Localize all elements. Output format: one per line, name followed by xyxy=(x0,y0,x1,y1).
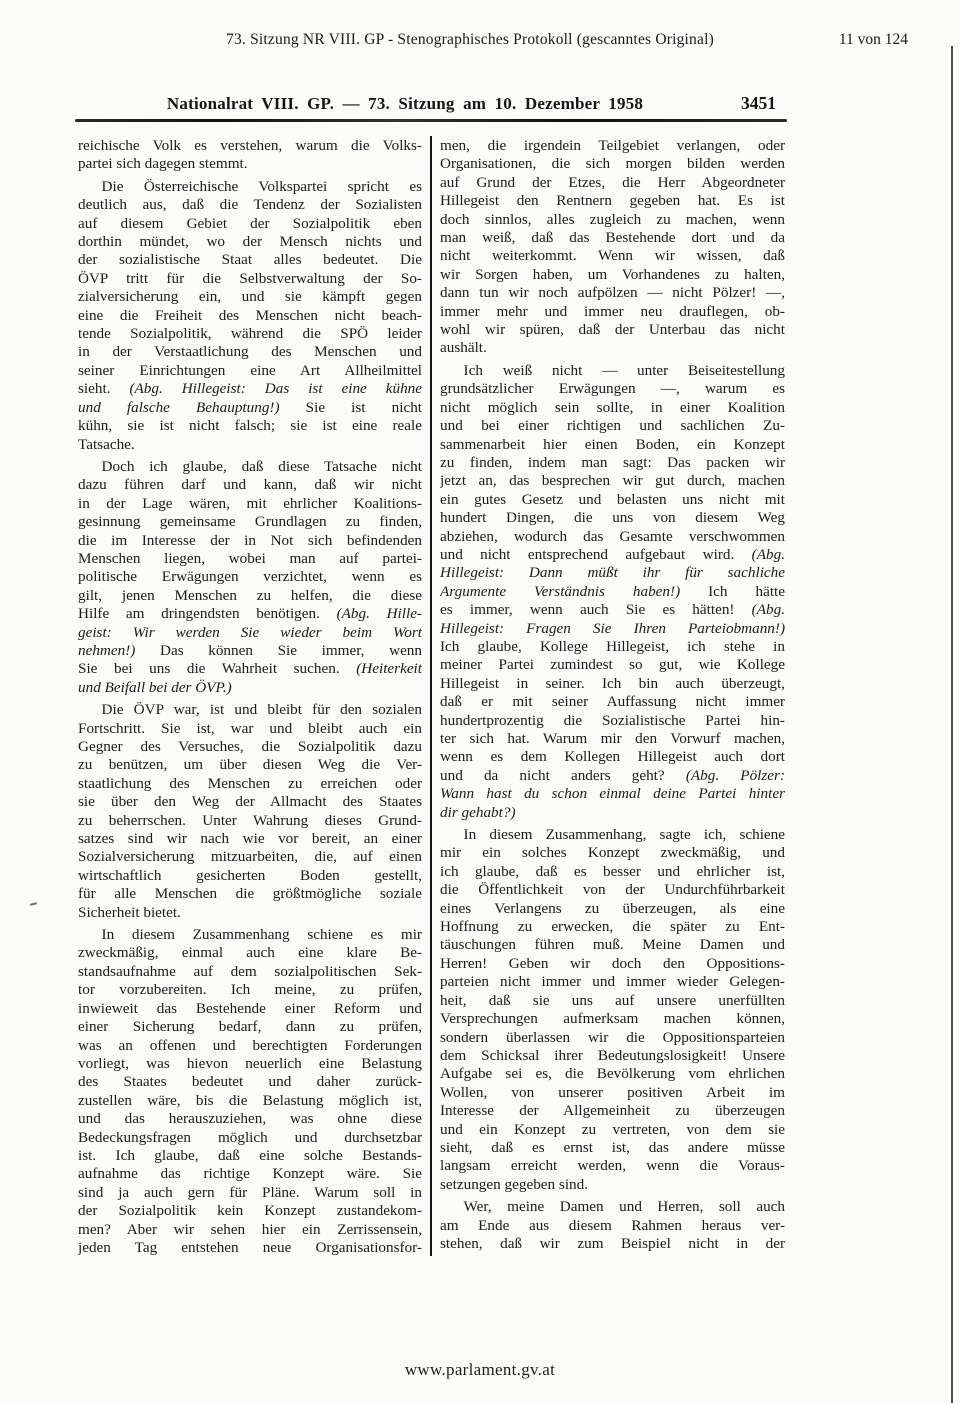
speech-text: staatlichung des Menschen zu erreichen o… xyxy=(78,775,422,792)
speech-text: Bedeckungsfragen möglich und durchsetzba… xyxy=(78,1129,422,1146)
speech-text: dem Schicksal ihrer Bedeutungslosigkeit!… xyxy=(440,1047,785,1064)
text-line: hundert Dingen, die uns von diesem Weg xyxy=(440,509,785,527)
speech-text: parteien nicht immer und immer wieder Ge… xyxy=(440,973,785,990)
text-line: und da nicht anders geht? (Abg. Pölzer: xyxy=(440,767,785,785)
text-line: ist. Ich glaube, daß eine solche Bestand… xyxy=(78,1147,422,1165)
speech-text: und da nicht anders geht? xyxy=(440,767,686,784)
text-line: Die ÖVP war, ist und bleibt für den sozi… xyxy=(78,701,422,719)
text-line: standsaufnahme auf dem sozialpolitischen… xyxy=(78,963,422,981)
text-line: auf Grund der Etzes, die Herr Abgeordnet… xyxy=(440,174,785,192)
speech-text: hundertprozentig die Sozialistische Part… xyxy=(440,712,785,729)
text-line: zu finden, indem man sagt: Das packen wi… xyxy=(440,454,785,472)
text-line: es immer, wenn auch Sie es hätten! (Abg. xyxy=(440,601,785,619)
text-line: der Sozialpolitik kein Konzept zustandek… xyxy=(78,1202,422,1220)
speech-text: In diesem Zusammenhang, sagte ich, schie… xyxy=(464,826,785,843)
speech-text: für alle Menschen die größtmögliche sozi… xyxy=(78,885,422,902)
speech-text: zu beherrschen. Unter Wahrung dieses Gru… xyxy=(78,812,422,829)
text-line: ein gutes Gesetz und belasten uns nicht … xyxy=(440,491,785,509)
speech-text: jetzt an, das besprechen wir gut durch, … xyxy=(440,472,785,489)
text-line: reichische Volk es verstehen, warum die … xyxy=(78,137,422,155)
text-line: zustellen wäre, bis die Belastung möglic… xyxy=(78,1092,422,1110)
speech-text: Tatsache. xyxy=(78,436,135,453)
text-line: am Ende aus diesem Rahmen heraus ver- xyxy=(440,1217,785,1235)
text-column-left: reichische Volk es verstehen, warum die … xyxy=(78,137,422,1257)
text-line: jeden Tag entstehen neue Organisationsfo… xyxy=(78,1239,422,1257)
speech-text: und ein Konzept zu vertreten, von dem si… xyxy=(440,1121,785,1138)
text-line: die im Interesse der in Not sich befinde… xyxy=(78,532,422,550)
interjection-text: Hillegeist: Dann müßt ihr für sachliche xyxy=(440,564,785,581)
text-line: Hilfe am dringendsten benötigen. (Abg. H… xyxy=(78,605,422,623)
text-line: sieht. (Abg. Hillegeist: Das ist eine kü… xyxy=(78,380,422,398)
paragraph: Die Österreichische Volkspartei spricht … xyxy=(78,178,422,454)
interjection-text: Argumente Verständnis haben!) xyxy=(440,583,680,600)
text-line: ich glaube, daß es besser und ehrlicher … xyxy=(440,863,785,881)
speech-text: grundsätzlicher Erwägungen —, warum es xyxy=(440,380,785,397)
text-line: Interesse der Allgemeinheit zu überzeuge… xyxy=(440,1102,785,1120)
text-line: und falsche Behauptung!) Sie ist nicht xyxy=(78,399,422,417)
speech-text: deutlich aus, daß die Tendenz der Sozial… xyxy=(78,196,422,213)
speech-text: am Ende aus diesem Rahmen heraus ver- xyxy=(440,1217,785,1234)
speech-text: täuschungen führen muß. Meine Damen und xyxy=(440,936,785,953)
text-line: Gegner des Versuches, die Sozialpolitik … xyxy=(78,738,422,756)
speech-text: zu benützen, um über diesen Weg die Ver- xyxy=(78,756,422,773)
text-line: vorliegt, was hievon neuerlich eine Bela… xyxy=(78,1055,422,1073)
text-line: men? Aber wir sehen hier ein Zerrissense… xyxy=(78,1221,422,1239)
speech-text: immer mehr und immer neu drauflegen, ob- xyxy=(440,303,785,320)
text-line: zu benützen, um über diesen Weg die Ver- xyxy=(78,756,422,774)
text-line: Ich glaube, Kollege Hillegeist, ich steh… xyxy=(440,638,785,656)
speech-text: Hoffnung zu erwecken, die später zu Ent- xyxy=(440,918,785,935)
text-line: nicht möglich sein sollte, in einer Koal… xyxy=(440,399,785,417)
text-line: staatlichung des Menschen zu erreichen o… xyxy=(78,775,422,793)
interjection-text: dir gehabt?) xyxy=(440,804,516,821)
speech-text: Menschen liegen, wobei man auf partei- xyxy=(78,550,422,567)
column-divider xyxy=(430,136,432,1256)
text-line: sie über den Weg der Allmacht des Staate… xyxy=(78,793,422,811)
printed-page-number: 3451 xyxy=(741,93,776,114)
speech-text: die im Interesse der in Not sich befinde… xyxy=(78,532,422,549)
speech-text: meiner Partei zumindest so gut, wie Koll… xyxy=(440,656,785,673)
speech-text: zustellen wäre, bis die Belastung möglic… xyxy=(78,1092,422,1109)
text-line: eine die Freiheit des Menschen nicht bea… xyxy=(78,307,422,325)
speech-text: ist. Ich glaube, daß eine solche Bestand… xyxy=(78,1147,422,1164)
text-line: nehmen!) Das können Sie immer, wenn xyxy=(78,642,422,660)
speech-text: reichische Volk es verstehen, warum die … xyxy=(78,137,422,154)
paragraph: men, die irgendein Teilgebiet verlangen,… xyxy=(440,137,785,358)
speech-text: sondern überlassen wir die Oppositionspa… xyxy=(440,1029,785,1046)
text-line: kühn, sie ist nicht falsch; sie ist eine… xyxy=(78,417,422,435)
speech-text: in der Lage wären, mit ehrlicher Koaliti… xyxy=(78,495,422,512)
scan-speck-artifact xyxy=(30,902,37,906)
interjection-text: Hillegeist: Fragen Sie Ihren Parteiobman… xyxy=(440,620,785,637)
text-line: Bedeckungsfragen möglich und durchsetzba… xyxy=(78,1129,422,1147)
text-line: Ich weiß nicht — unter Beiseitestellung xyxy=(440,362,785,380)
speech-text: eine die Freiheit des Menschen nicht bea… xyxy=(78,307,422,324)
text-line: und das herauszuziehen, was ohne diese xyxy=(78,1110,422,1128)
speech-text: und das herauszuziehen, was ohne diese xyxy=(78,1110,422,1127)
text-line: Wer, meine Damen und Herren, soll auch xyxy=(440,1198,785,1216)
text-line: dorthin mündet, wo der Mensch nichts und xyxy=(78,233,422,251)
text-line: Hillegeist: Fragen Sie Ihren Parteiobman… xyxy=(440,620,785,638)
speech-text: langsam erreicht werden, wenn die Voraus… xyxy=(440,1157,785,1174)
text-line: nicht weiterkommt. Wenn wir wissen, daß xyxy=(440,247,785,265)
speech-text: men, die irgendein Teilgebiet verlangen,… xyxy=(440,137,785,154)
speech-text: jeden Tag entstehen neue Organisationsfo… xyxy=(78,1239,422,1256)
speech-text: zialversicherung ein, und sie kämpft geg… xyxy=(78,288,422,305)
speech-text: es immer, wenn auch Sie es hätten! xyxy=(440,601,752,618)
text-line: Sie bei uns die Wahrheit suchen. (Heiter… xyxy=(78,660,422,678)
speech-text: sammenarbeit hier einen Boden, ein Konze… xyxy=(440,436,785,453)
paragraph: Wer, meine Damen und Herren, soll aucham… xyxy=(440,1198,785,1253)
text-line: Aufgabe sei es, die Bevölkerung vom ehrl… xyxy=(440,1065,785,1083)
interjection-text: und falsche Behauptung!) xyxy=(78,399,280,416)
text-line: dazu führen darf und kann, daß wir nicht xyxy=(78,476,422,494)
interjection-text: (Abg. Hille- xyxy=(337,605,422,622)
text-line: Wollen, von unserer positiven Arbeit im xyxy=(440,1084,785,1102)
text-line: seiner Einrichtungen eine Art Allheilmit… xyxy=(78,362,422,380)
speech-text: sind ja auch gern für Pläne. Warum soll … xyxy=(78,1184,422,1201)
text-line: Sicherheit bietet. xyxy=(78,904,422,922)
footer-url: www.parlament.gv.at xyxy=(0,1360,960,1380)
speech-text: und nicht entsprechend aufgebaut wird. xyxy=(440,546,752,563)
speech-text: politische Erwägungen verzichtet, wenn e… xyxy=(78,568,422,585)
speech-text: nicht möglich sein sollte, in einer Koal… xyxy=(440,399,785,416)
speech-text: satzes sind wir nach wie vor bereit, an … xyxy=(78,830,422,847)
text-line: und Beifall bei der ÖVP.) xyxy=(78,679,422,697)
speech-text: ter sich hat. Warum mir den Vorwurf mach… xyxy=(440,730,785,747)
speech-text: gilt, jenen Menschen zu helfen, die dies… xyxy=(78,587,422,604)
text-line: Argumente Verständnis haben!) Ich hätte xyxy=(440,583,785,601)
speech-text: heit, daß sie uns auf unsere unerfüllten xyxy=(440,992,785,1009)
speech-text: dazu führen darf und kann, daß wir nicht xyxy=(78,476,422,493)
paragraph: Ich weiß nicht — unter Beiseitestellungg… xyxy=(440,362,785,822)
text-line: Die Österreichische Volkspartei spricht … xyxy=(78,178,422,196)
paragraph: reichische Volk es verstehen, warum die … xyxy=(78,137,422,174)
text-line: Tatsache. xyxy=(78,436,422,454)
text-line: immer mehr und immer neu drauflegen, ob- xyxy=(440,303,785,321)
text-line: wirtschaftlich gesicherten Boden gestell… xyxy=(78,867,422,885)
speech-text: was an offenen und berechtigten Forderun… xyxy=(78,1037,422,1054)
speech-text: auf diesem Gebiet der Sozialpolitik eben xyxy=(78,215,422,232)
text-line: auf diesem Gebiet der Sozialpolitik eben xyxy=(78,215,422,233)
speech-text: in der Verstaatlichung des Menschen und xyxy=(78,343,422,360)
speech-text: stehen, daß wir zum Beispiel nicht in de… xyxy=(440,1235,785,1252)
paragraph: In diesem Zusammenhang schiene es mirzwe… xyxy=(78,926,422,1257)
speech-text: inwieweit das Bestehende einer Reform un… xyxy=(78,1000,422,1017)
speech-text: Wollen, von unserer positiven Arbeit im xyxy=(440,1084,785,1101)
text-line: Hoffnung zu erwecken, die später zu Ent- xyxy=(440,918,785,936)
text-line: heit, daß sie uns auf unsere unerfüllten xyxy=(440,992,785,1010)
speech-text: aushält. xyxy=(440,339,487,356)
text-line: jetzt an, das besprechen wir gut durch, … xyxy=(440,472,785,490)
speech-text: ÖVP tritt für die Selbstverwaltung der S… xyxy=(78,270,422,287)
text-line: sondern überlassen wir die Oppositionspa… xyxy=(440,1029,785,1047)
text-line: abziehen, wodurch das Gesamte verschwomm… xyxy=(440,528,785,546)
text-line: Hillegeist: Dann müßt ihr für sachliche xyxy=(440,564,785,582)
interjection-text: (Abg. xyxy=(752,601,785,618)
speech-text: Doch ich glaube, daß diese Tatsache nich… xyxy=(102,458,422,475)
speech-text: daß er mit seiner Auffassung nicht immer xyxy=(440,693,785,710)
speech-text: wir Sorgen haben, um Vorhandenes zu halt… xyxy=(440,266,785,283)
text-line: und ein Konzept zu vertreten, von dem si… xyxy=(440,1121,785,1139)
speech-text: Hilfe am dringendsten benötigen. xyxy=(78,605,337,622)
header-rule xyxy=(75,119,787,122)
text-line: langsam erreicht werden, wenn die Voraus… xyxy=(440,1157,785,1175)
speech-text: Gegner des Versuches, die Sozialpolitik … xyxy=(78,738,422,755)
text-line: deutlich aus, daß die Tendenz der Sozial… xyxy=(78,196,422,214)
text-column-right: men, die irgendein Teilgebiet verlangen,… xyxy=(440,137,785,1253)
speech-text: Sozialversicherung mitzuarbeiten, die, a… xyxy=(78,848,422,865)
speech-text: zu finden, indem man sagt: Das packen wi… xyxy=(440,454,785,471)
speech-text: Ich glaube, Kollege Hillegeist, ich steh… xyxy=(440,638,785,655)
text-line: zialversicherung ein, und sie kämpft geg… xyxy=(78,288,422,306)
text-line: wenn es dem Kollegen Hillegeist auch dor… xyxy=(440,748,785,766)
speech-text: vorliegt, was hievon neuerlich eine Bela… xyxy=(78,1055,422,1072)
scanned-protocol-page: { "header": { "scan_title": "73. Sitzung… xyxy=(0,0,960,1403)
paragraph: Doch ich glaube, daß diese Tatsache nich… xyxy=(78,458,422,697)
speech-text: wenn es dem Kollegen Hillegeist auch dor… xyxy=(440,748,785,765)
text-line: sieht, daß es ernst ist, das andere müss… xyxy=(440,1139,785,1157)
speech-text: Aufgabe sei es, die Bevölkerung vom ehrl… xyxy=(440,1065,785,1082)
text-line: In diesem Zusammenhang schiene es mir xyxy=(78,926,422,944)
text-line: inwieweit das Bestehende einer Reform un… xyxy=(78,1000,422,1018)
interjection-text: (Abg. xyxy=(752,546,785,563)
speech-text: tor vorzubereiten. Ich meine, zu prüfen, xyxy=(78,981,422,998)
scan-edge-artifact xyxy=(951,46,953,1403)
speech-text: abziehen, wodurch das Gesamte verschwomm… xyxy=(440,528,785,545)
text-line: zu beherrschen. Unter Wahrung dieses Gru… xyxy=(78,812,422,830)
speech-text: auf Grund der Etzes, die Herr Abgeordnet… xyxy=(440,174,785,191)
speech-text: Herren! Geben wir doch den Oppositions- xyxy=(440,955,785,972)
speech-text: die Öffentlichkeit von der Undurchführba… xyxy=(440,881,785,898)
text-line: in der Lage wären, mit ehrlicher Koaliti… xyxy=(78,495,422,513)
speech-text: Versprechungen aufmerksam machen können, xyxy=(440,1010,785,1027)
text-line: Sozialversicherung mitzuarbeiten, die, a… xyxy=(78,848,422,866)
speech-text: Sicherheit bietet. xyxy=(78,904,181,921)
text-line: geist: Wir werden Sie wieder beim Wort xyxy=(78,624,422,642)
text-line: In diesem Zusammenhang, sagte ich, schie… xyxy=(440,826,785,844)
speech-text: ich glaube, daß es besser und ehrlicher … xyxy=(440,863,785,880)
text-line: ÖVP tritt für die Selbstverwaltung der S… xyxy=(78,270,422,288)
speech-text: eines Verlangens zu überzeugen, als eine xyxy=(440,900,785,917)
speech-text: sieht, daß es ernst ist, das andere müss… xyxy=(440,1139,785,1156)
text-line: tende Sozialpolitik, während die SPÖ lei… xyxy=(78,325,422,343)
speech-text: Ich weiß nicht — unter Beiseitestellung xyxy=(464,362,785,379)
speech-text: man weiß, daß das Bestehende dort und da xyxy=(440,229,785,246)
text-line: einer Sicherung bedarf, dann zu prüfen, xyxy=(78,1018,422,1036)
text-line: der sozialistische Staat alles bedeutet.… xyxy=(78,251,422,269)
text-line: parteien nicht immer und immer wieder Ge… xyxy=(440,973,785,991)
interjection-text: (Abg. Pölzer: xyxy=(686,767,785,784)
text-line: dir gehabt?) xyxy=(440,804,785,822)
speech-text: Hillegeist den Rentnern gegeben hat. Es … xyxy=(440,192,785,209)
text-line: stehen, daß wir zum Beispiel nicht in de… xyxy=(440,1235,785,1253)
paragraph: Die ÖVP war, ist und bleibt für den sozi… xyxy=(78,701,422,922)
text-line: Hillegeist in seiner. Ich bin auch überz… xyxy=(440,675,785,693)
text-line: politische Erwägungen verzichtet, wenn e… xyxy=(78,568,422,586)
interjection-text: (Abg. Hillegeist: Das ist eine kühne xyxy=(129,380,422,397)
text-line: Fortschritt. Sie ist, war und bleibt auc… xyxy=(78,720,422,738)
speech-text: standsaufnahme auf dem sozialpolitischen… xyxy=(78,963,422,980)
text-line: partei sich dagegen stemmt. xyxy=(78,155,422,173)
text-line: gesinnung gemeinsame Grundlagen zu finde… xyxy=(78,513,422,531)
text-line: des Staates bedeutet und daher zurück- xyxy=(78,1073,422,1091)
speech-text: seiner Einrichtungen eine Art Allheilmit… xyxy=(78,362,422,379)
speech-text: nicht weiterkommt. Wenn wir wissen, daß xyxy=(440,247,785,264)
text-line: satzes sind wir nach wie vor bereit, an … xyxy=(78,830,422,848)
text-line: die Öffentlichkeit von der Undurchführba… xyxy=(440,881,785,899)
text-line: täuschungen führen muß. Meine Damen und xyxy=(440,936,785,954)
text-line: wir Sorgen haben, um Vorhandenes zu halt… xyxy=(440,266,785,284)
speech-text: aufnahme das richtige Konzept wäre. Sie xyxy=(78,1165,422,1182)
interjection-text: nehmen!) xyxy=(78,642,135,659)
text-line: sammenarbeit hier einen Boden, ein Konze… xyxy=(440,436,785,454)
speech-text: gesinnung gemeinsame Grundlagen zu finde… xyxy=(78,513,422,530)
text-line: aushält. xyxy=(440,339,785,357)
speech-text: In diesem Zusammenhang schiene es mir xyxy=(102,926,422,943)
speech-text: mir ein solches Konzept zweckmäßig, und xyxy=(440,844,785,861)
text-line: gilt, jenen Menschen zu helfen, die dies… xyxy=(78,587,422,605)
text-line: dann tun wir noch aufpölzen — nicht Pölz… xyxy=(440,284,785,302)
text-line: doch sinnlos, alles zugleich zu machen, … xyxy=(440,211,785,229)
text-line: sind ja auch gern für Pläne. Warum soll … xyxy=(78,1184,422,1202)
text-line: in der Verstaatlichung des Menschen und xyxy=(78,343,422,361)
speech-text: Hillegeist in seiner. Ich bin auch überz… xyxy=(440,675,785,692)
text-line: Herren! Geben wir doch den Oppositions- xyxy=(440,955,785,973)
speech-text: sie über den Weg der Allmacht des Staate… xyxy=(78,793,422,810)
text-line: grundsätzlicher Erwägungen —, warum es xyxy=(440,380,785,398)
speech-text: dorthin mündet, wo der Mensch nichts und xyxy=(78,233,422,250)
text-line: setzungen gegeben sind. xyxy=(440,1176,785,1194)
text-line: Doch ich glaube, daß diese Tatsache nich… xyxy=(78,458,422,476)
speech-text: dann tun wir noch aufpölzen — nicht Pölz… xyxy=(440,284,785,301)
text-line: und nicht entsprechend aufgebaut wird. (… xyxy=(440,546,785,564)
speech-text: Das können Sie immer, wenn xyxy=(135,642,422,659)
text-line: für alle Menschen die größtmögliche sozi… xyxy=(78,885,422,903)
text-line: ter sich hat. Warum mir den Vorwurf mach… xyxy=(440,730,785,748)
speech-text: doch sinnlos, alles zugleich zu machen, … xyxy=(440,211,785,228)
speech-text: Fortschritt. Sie ist, war und bleibt auc… xyxy=(78,720,422,737)
speech-text: Die Österreichische Volkspartei spricht … xyxy=(102,178,422,195)
speech-text: Interesse der Allgemeinheit zu überzeuge… xyxy=(440,1102,785,1119)
speech-text: Wer, meine Damen und Herren, soll auch xyxy=(464,1198,785,1215)
text-line: meiner Partei zumindest so gut, wie Koll… xyxy=(440,656,785,674)
text-line: Menschen liegen, wobei man auf partei- xyxy=(78,550,422,568)
speech-text: wirtschaftlich gesicherten Boden gestell… xyxy=(78,867,422,884)
scan-page-indicator: 11 von 124 xyxy=(839,31,908,49)
speech-text: tende Sozialpolitik, während die SPÖ lei… xyxy=(78,325,422,342)
speech-text: sieht. xyxy=(78,380,129,397)
speech-text: partei sich dagegen stemmt. xyxy=(78,155,248,172)
speech-text: zweckmäßig, einmal auch eine klare Be- xyxy=(78,944,422,961)
text-line: daß er mit seiner Auffassung nicht immer xyxy=(440,693,785,711)
interjection-text: Wann hast du schon einmal deine Partei h… xyxy=(440,785,785,802)
speech-text: hundert Dingen, die uns von diesem Weg xyxy=(440,509,785,526)
text-line: was an offenen und berechtigten Forderun… xyxy=(78,1037,422,1055)
text-line: eines Verlangens zu überzeugen, als eine xyxy=(440,900,785,918)
interjection-text: und Beifall bei der ÖVP.) xyxy=(78,679,232,696)
interjection-text: (Heiterkeit xyxy=(356,660,422,677)
text-line: men, die irgendein Teilgebiet verlangen,… xyxy=(440,137,785,155)
text-line: Organisationen, die sich morgen bilden w… xyxy=(440,155,785,173)
speech-text: der Sozialpolitik kein Konzept zustandek… xyxy=(78,1202,422,1219)
speech-text: des Staates bedeutet und daher zurück- xyxy=(78,1073,422,1090)
speech-text: der sozialistische Staat alles bedeutet.… xyxy=(78,251,422,268)
session-header: Nationalrat VIII. GP. — 73. Sitzung am 1… xyxy=(75,94,735,114)
text-line: mir ein solches Konzept zweckmäßig, und xyxy=(440,844,785,862)
speech-text: Sie ist nicht xyxy=(280,399,422,416)
paragraph: In diesem Zusammenhang, sagte ich, schie… xyxy=(440,826,785,1194)
speech-text: und bei einer richtigen und sachlichen Z… xyxy=(440,417,785,434)
text-line: wohl wir spüren, daß der Unterbau das ni… xyxy=(440,321,785,339)
text-line: dem Schicksal ihrer Bedeutungslosigkeit!… xyxy=(440,1047,785,1065)
speech-text: wohl wir spüren, daß der Unterbau das ni… xyxy=(440,321,785,338)
text-line: hundertprozentig die Sozialistische Part… xyxy=(440,712,785,730)
text-line: Versprechungen aufmerksam machen können, xyxy=(440,1010,785,1028)
text-line: Hillegeist den Rentnern gegeben hat. Es … xyxy=(440,192,785,210)
speech-text: men? Aber wir sehen hier ein Zerrissense… xyxy=(78,1221,422,1238)
text-line: Wann hast du schon einmal deine Partei h… xyxy=(440,785,785,803)
scan-document-title: 73. Sitzung NR VIII. GP - Stenographisch… xyxy=(0,31,940,49)
speech-text: ein gutes Gesetz und belasten uns nicht … xyxy=(440,491,785,508)
speech-text: setzungen gegeben sind. xyxy=(440,1176,588,1193)
speech-text: Organisationen, die sich morgen bilden w… xyxy=(440,155,785,172)
text-line: aufnahme das richtige Konzept wäre. Sie xyxy=(78,1165,422,1183)
text-line: zweckmäßig, einmal auch eine klare Be- xyxy=(78,944,422,962)
speech-text: kühn, sie ist nicht falsch; sie ist eine… xyxy=(78,417,422,434)
speech-text: einer Sicherung bedarf, dann zu prüfen, xyxy=(78,1018,422,1035)
speech-text: Die ÖVP war, ist und bleibt für den sozi… xyxy=(102,701,422,718)
text-line: tor vorzubereiten. Ich meine, zu prüfen, xyxy=(78,981,422,999)
speech-text: Sie bei uns die Wahrheit suchen. xyxy=(78,660,356,677)
interjection-text: geist: Wir werden Sie wieder beim Wort xyxy=(78,624,422,641)
text-line: man weiß, daß das Bestehende dort und da xyxy=(440,229,785,247)
speech-text: Ich hätte xyxy=(680,583,785,600)
text-line: und bei einer richtigen und sachlichen Z… xyxy=(440,417,785,435)
